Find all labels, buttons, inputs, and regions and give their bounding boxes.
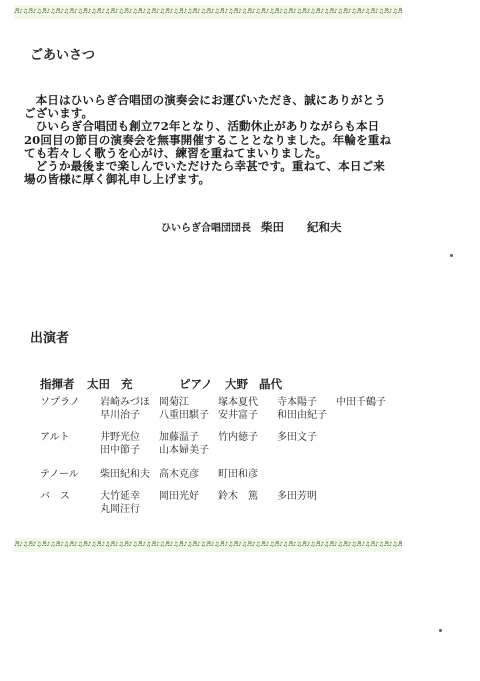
member-name: 塚本夏代 [218,396,277,409]
signature-surname: 柴田 [261,220,284,234]
piano-given: 晶代 [259,376,282,392]
decorative-music-note-border-bottom: ♬♪♫♬♪♫♬♪♫♬♪♫♬♪♫♬♪♫♬♪♫♬♪♫♬♪♫♬♪♫♬♪♫♬♪♫♬♪♫♬… [14,538,402,552]
member-name: 中田千鶴子 [336,396,395,409]
member-name: 大竹延幸 [100,490,159,503]
part-members: 岩崎みづほ 岡菊江 塚本夏代 寺本陽子 中田千鶴子 早川治子 八重田騏子 安井富… [100,396,420,421]
member-name: 柴田紀和夫 [100,468,159,481]
member-name: 町田和彦 [218,468,277,481]
signature-organization: ひいらぎ合唱団団長 [161,223,251,234]
member-name: 岡田光好 [159,490,218,503]
part-members: 大竹延幸 岡田光好 鈴木 篤 多田芳明 丸岡汪行 [100,490,420,515]
member-name: 鈴木 篤 [218,490,277,503]
conductor-label: 指揮者 [40,376,87,392]
conductor-piano-row: 指揮者太田充ピアノ大野晶代 [40,376,282,392]
piano-label: ピアノ [179,376,225,392]
member-name: 竹内徳子 [218,431,277,444]
greeting-paragraph-3: どうか最後まで楽しんでいただけたら幸甚です。重ねて、本日ご来場の皆様に厚く御礼申… [24,160,394,186]
decorative-music-note-border-top: ♬♪♫♬♪♫♬♪♫♬♪♫♬♪♫♬♪♫♬♪♫♬♪♫♬♪♫♬♪♫♬♪♫♬♪♫♬♪♫♬… [14,5,402,19]
signature: ひいらぎ合唱団団長柴田 紀和夫 [161,219,342,235]
scan-speck [450,254,453,257]
member-name: 早川治子 [100,409,159,422]
member-name: 安井富子 [218,409,277,422]
part-label: アルト [40,431,100,444]
part-members: 井野光位 加藤温子 竹内徳子 多田文子 田中節子 山本婦美子 [100,431,420,456]
member-name: 井野光位 [100,431,159,444]
part-label: ソプラノ [40,396,100,409]
greeting-paragraph-2: ひいらぎ合唱団も創立72年となり、活動休止がありながらも本日20回目の節目の演奏… [24,120,394,160]
conductor-given: 充 [121,376,179,392]
signature-given-name: 紀和夫 [307,220,342,234]
member-name: 山本婦美子 [159,444,218,457]
greeting-paragraph-1: 本日はひいらぎ合唱団の演奏会にお運びいただき、誠にありがとうございます。 [24,94,394,120]
member-name: 岩崎みづほ [100,396,159,409]
member-name: 加藤温子 [159,431,218,444]
performers-title: 出演者 [30,327,69,346]
part-label: バ ス [40,490,100,503]
member-name: 八重田騏子 [159,409,218,422]
member-name: 多田芳明 [277,490,336,503]
member-name: 岡菊江 [159,396,218,409]
member-name: 和田由紀子 [277,409,336,422]
part-members: 柴田紀和夫 高木克彦 町田和彦 [100,468,420,481]
member-name: 多田文子 [277,431,336,444]
piano-surname: 大野 [225,376,259,392]
part-label: テノール [40,468,100,481]
conductor-surname: 太田 [87,376,121,392]
greeting-body: 本日はひいらぎ合唱団の演奏会にお運びいただき、誠にありがとうございます。 ひいら… [24,94,394,186]
member-name: 田中節子 [100,444,159,457]
member-name: 寺本陽子 [277,396,336,409]
member-name: 高木克彦 [159,468,218,481]
member-name: 丸岡汪行 [100,503,159,516]
scan-speck [439,629,442,632]
greeting-title: ごあいさつ [30,44,95,63]
